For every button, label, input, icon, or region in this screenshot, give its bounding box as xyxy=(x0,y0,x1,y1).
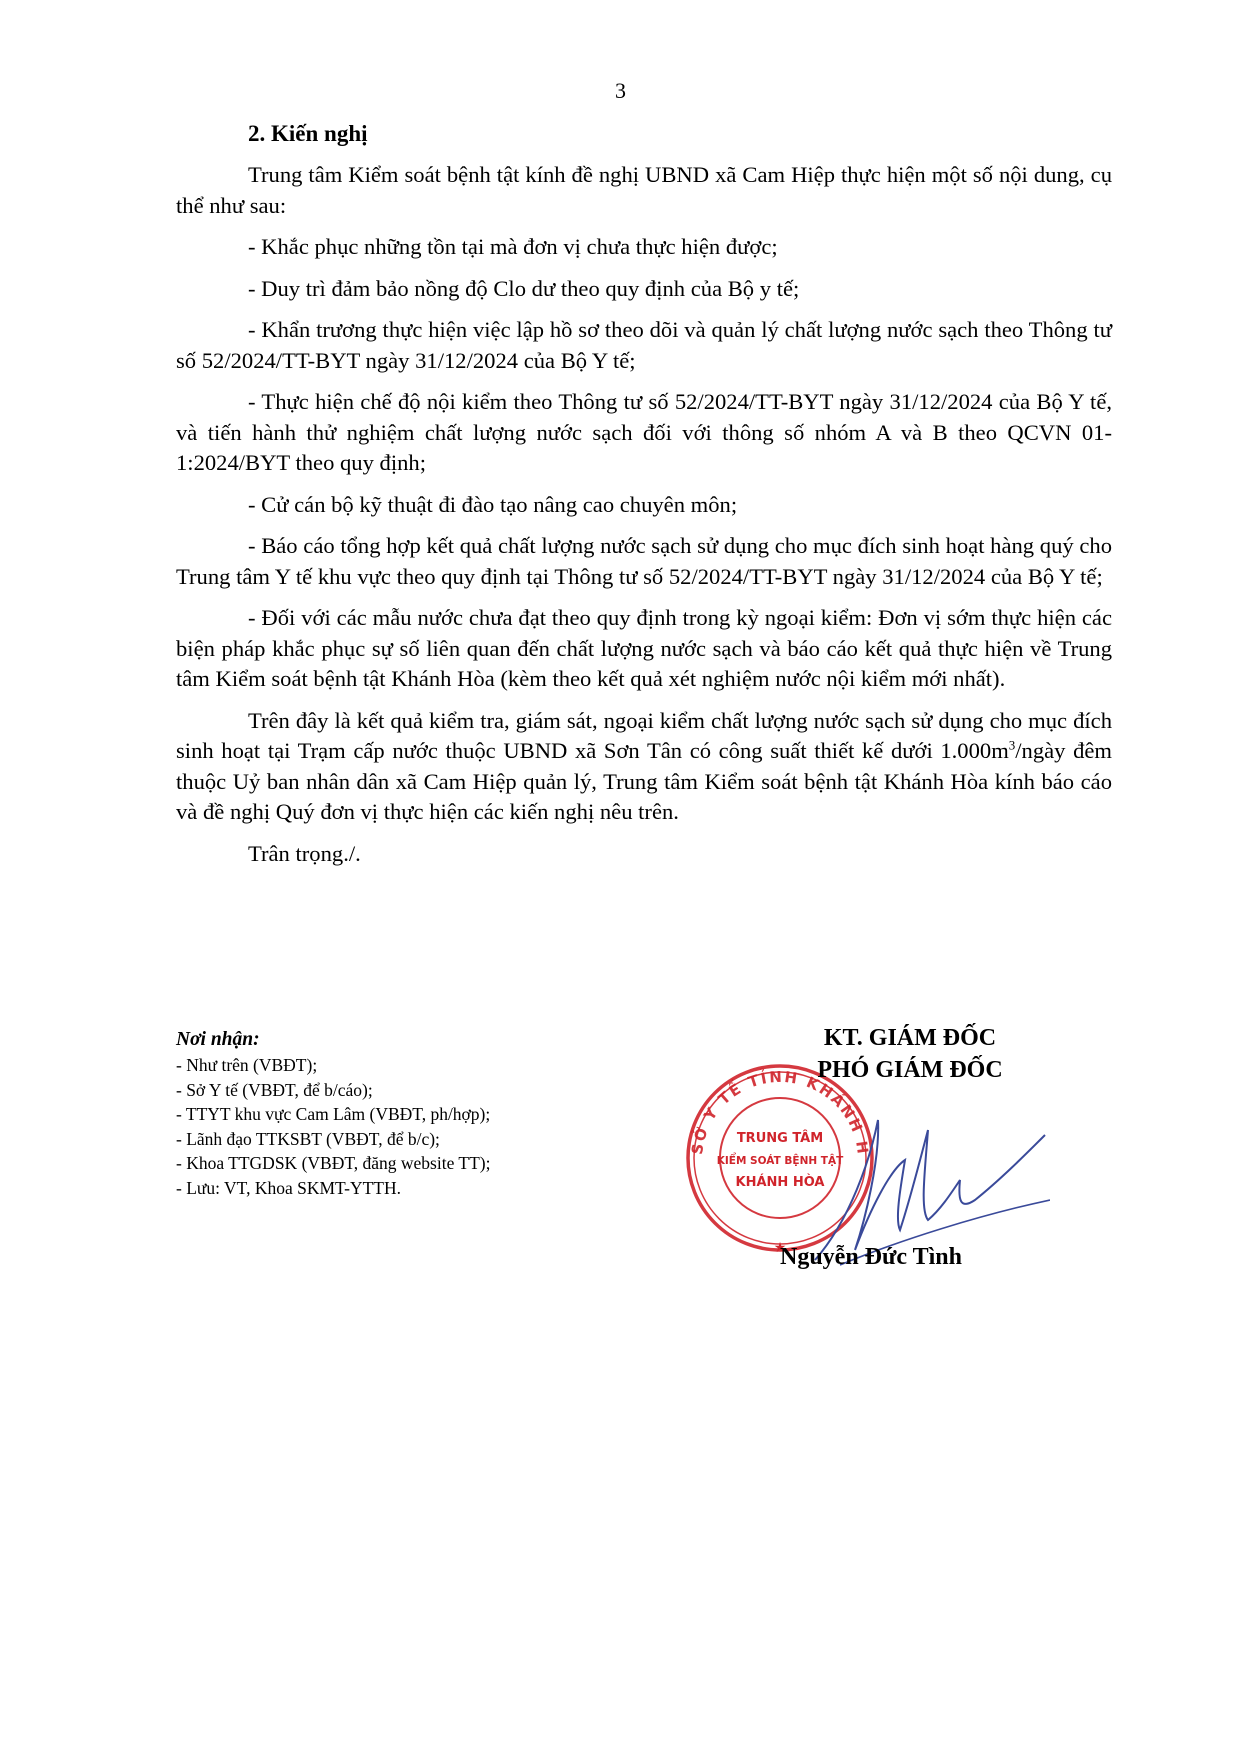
summary-paragraph: Trên đây là kết quả kiểm tra, giám sát, … xyxy=(176,706,1112,828)
recipients-block: Nơi nhận: - Như trên (VBĐT); - Sở Y tế (… xyxy=(176,1027,636,1200)
recipient-item: - Khoa TTGDSK (VBĐT, đăng website TT); xyxy=(176,1151,636,1176)
page-number: 3 xyxy=(0,78,1241,104)
recommendation-item: - Báo cáo tổng hợp kết quả chất lượng nư… xyxy=(176,531,1112,592)
signature-block: KT. GIÁM ĐỐC PHÓ GIÁM ĐỐC xyxy=(760,1022,1060,1086)
intro-paragraph: Trung tâm Kiểm soát bệnh tật kính đề ngh… xyxy=(176,160,1112,221)
document-body: 2. Kiến nghị Trung tâm Kiểm soát bệnh tậ… xyxy=(176,118,1112,869)
closing: Trân trọng./. xyxy=(176,839,1112,869)
recipient-item: - Như trên (VBĐT); xyxy=(176,1053,636,1078)
recipient-item: - Lãnh đạo TTKSBT (VBĐT, để b/c); xyxy=(176,1127,636,1152)
recommendation-item: - Khẩn trương thực hiện việc lập hồ sơ t… xyxy=(176,315,1112,376)
recommendation-item: - Cử cán bộ kỹ thuật đi đào tạo nâng cao… xyxy=(176,490,1112,521)
signer-name: Nguyễn Đức Tình xyxy=(780,1244,962,1271)
recommendation-item: - Đối với các mẫu nước chưa đạt theo quy… xyxy=(176,603,1112,695)
signature-title-1: KT. GIÁM ĐỐC xyxy=(760,1022,1060,1054)
recommendation-item: - Khắc phục những tồn tại mà đơn vị chưa… xyxy=(176,232,1112,263)
recipient-item: - Sở Y tế (VBĐT, để b/cáo); xyxy=(176,1078,636,1103)
recommendation-item: - Thực hiện chế độ nội kiểm theo Thông t… xyxy=(176,387,1112,479)
recipient-item: - TTYT khu vực Cam Lâm (VBĐT, ph/hợp); xyxy=(176,1102,636,1127)
recipients-title: Nơi nhận: xyxy=(176,1027,636,1053)
section-heading: 2. Kiến nghị xyxy=(248,118,1112,150)
summary-part1: Trên đây là kết quả kiểm tra, giám sát, … xyxy=(176,708,1112,764)
recipient-item: - Lưu: VT, Khoa SKMT-YTTH. xyxy=(176,1176,636,1201)
signature-title-2: PHÓ GIÁM ĐỐC xyxy=(760,1054,1060,1086)
recommendation-item: - Duy trì đảm bảo nồng độ Clo dư theo qu… xyxy=(176,274,1112,305)
